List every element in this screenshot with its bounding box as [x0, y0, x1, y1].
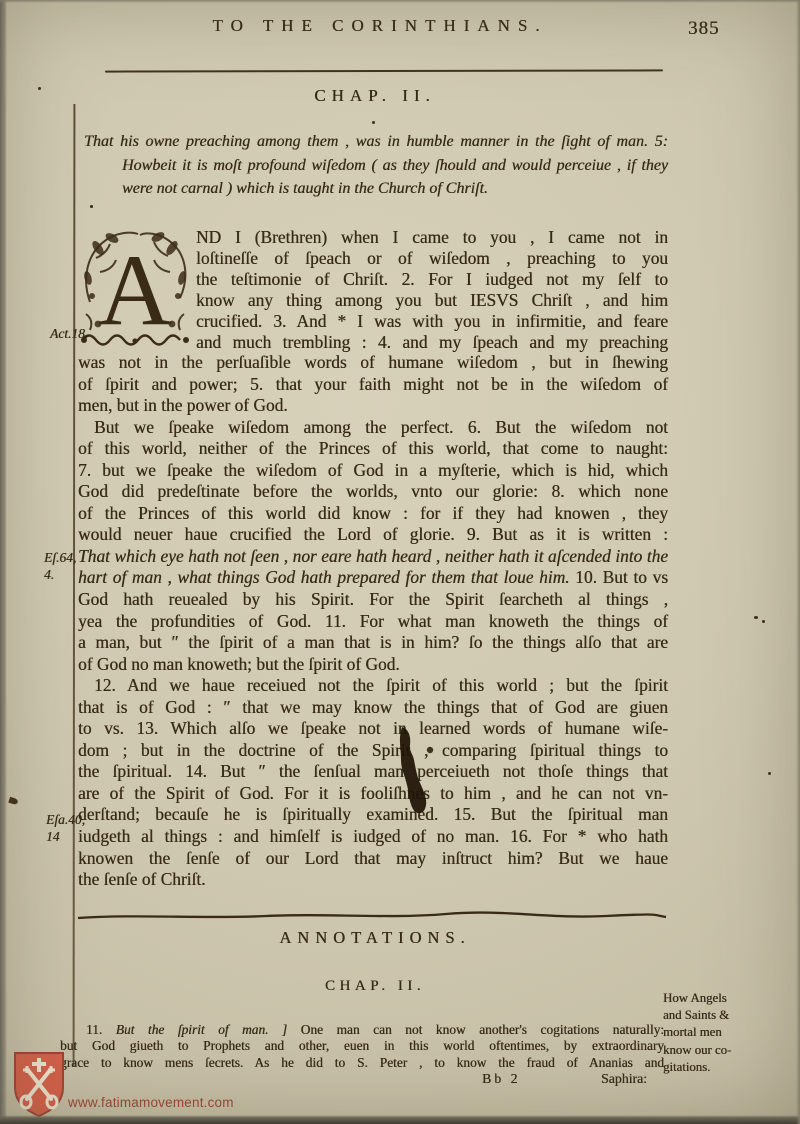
text-line: That his owne preaching among them , was…: [84, 130, 668, 154]
text-line: and much trembling : 4. and my ſpeach an…: [196, 332, 668, 353]
text-line: hart of man , what things God hath prepa…: [78, 567, 668, 589]
body-text-dropcap-block: ND I (Brethren) when I came to you , I c…: [196, 227, 668, 354]
annotations-chapter-heading: CHAP. II.: [80, 978, 670, 995]
scan-edge-bottom: [0, 1115, 800, 1124]
text-line: gitations.: [663, 1059, 763, 1076]
scan-edge-left: [0, 0, 7, 1124]
text-line: knowen the ſenſe of our Lord that may in…: [78, 848, 668, 870]
ink-speck: [372, 121, 375, 124]
scanned-book-page: TO THE CORINTHIANS. 385 CHAP. II. That h…: [0, 0, 800, 1124]
chapter-heading: CHAP. II.: [80, 86, 670, 106]
text-line: of God no man knoweth; but the ſpirit of…: [78, 654, 668, 676]
text-line: the ſenſe of Chriſt.: [78, 869, 668, 891]
text-line: that is of God : ″ that we may know the …: [78, 697, 668, 719]
text-line: God hath reuealed by his Spirit. For the…: [78, 589, 668, 611]
svg-text:A: A: [98, 234, 172, 347]
text-line: 11. But the ſpirit of man. ] One man can…: [60, 1022, 664, 1038]
text-line: But we ſpeake wiſedom among the perfect.…: [78, 417, 668, 439]
scan-edge-top: [0, 0, 800, 3]
text-line: the teſtimonie of Chriſt. 2. For I iudge…: [196, 269, 668, 290]
woodcut-dropcap: A: [76, 228, 194, 350]
chapter-argument: That his owne preaching among them , was…: [84, 130, 668, 201]
text-line: How Angels: [663, 990, 763, 1007]
text-line: mortal men: [663, 1024, 763, 1041]
text-line: iudgeth al things : and himſelf is iudge…: [78, 826, 668, 848]
ink-speck: [754, 616, 758, 619]
text-line: were not carnal ) which is taught in the…: [84, 177, 668, 201]
text-line: know our co-: [663, 1042, 763, 1059]
text-line: was not in the perſuaſible words of huma…: [78, 352, 668, 374]
annotations-text-block: 11. But the ſpirit of man. ] One man can…: [60, 1022, 664, 1071]
text-line: 7. but we ſpeake the wiſedom of God in a…: [78, 460, 668, 482]
catchword: Saphira:: [601, 1071, 647, 1087]
text-line: crucified. 3. And * I was with you in in…: [196, 311, 668, 332]
annotations-title: ANNOTATIONS.: [80, 928, 670, 948]
text-line: of ſpirit and power; 5. that your faith …: [78, 374, 668, 396]
dropcap-ornament-icon: A: [76, 228, 194, 350]
text-line: and Saints &: [663, 1007, 763, 1024]
margin-note-act: Act.18.: [50, 325, 88, 342]
ink-speck: [38, 87, 41, 90]
side-note-right: How Angelsand Saints &mortal menknow our…: [663, 990, 763, 1076]
ink-speck: [90, 205, 93, 208]
signature-mark: Bb 2: [482, 1071, 520, 1087]
running-head: TO THE CORINTHIANS.: [170, 16, 590, 36]
text-line: Howbeit it is moſt profound wiſedom ( as…: [84, 154, 668, 178]
margin-note-esay40: Eſa.40, 14: [46, 811, 85, 845]
text-line: are of the Spirit of God. For it is fool…: [78, 783, 668, 805]
section-rule: [76, 910, 668, 924]
text-line: 12. And we haue receiued not the ſpirit …: [78, 675, 668, 697]
ink-speck: [762, 620, 765, 623]
text-line: a man, but ″ the ſpirit of a man that is…: [78, 632, 668, 654]
scan-edge-right: [796, 0, 800, 1124]
page-number: 385: [688, 18, 720, 40]
text-line: dom ; but in the doctrine of the Spirit …: [78, 740, 668, 762]
text-line: know any thing among you but IESVS Chriſ…: [196, 290, 668, 311]
text-line: loſtineſſe of ſpeach or of wiſedom , pre…: [196, 248, 668, 269]
crossed-keys-shield-icon: [12, 1050, 66, 1120]
text-line: yea the profundities of God. 11. For wha…: [78, 611, 668, 633]
margin-column-rule: [73, 104, 76, 1066]
text-line: That which eye hath not ſeen , nor eare …: [78, 546, 668, 568]
text-line: ND I (Brethren) when I came to you , I c…: [196, 227, 668, 248]
signature-row: Bb 2 Saphira:: [60, 1071, 664, 1088]
body-text-block: was not in the perſuaſible words of huma…: [78, 352, 668, 891]
fatima-movement-logo: [12, 1050, 66, 1124]
text-line: grace to know mens ſecrets. As he did to…: [60, 1055, 664, 1071]
text-line: to vs. 13. Which alſo we ſpeake not in l…: [78, 718, 668, 740]
ink-speck: [8, 797, 18, 805]
watermark-url: www.fatimamovement.com: [68, 1095, 234, 1110]
text-line: men, but in the power of God.: [78, 395, 668, 417]
text-line: but God giueth to Prophets and other, eu…: [60, 1038, 664, 1054]
head-rule: [105, 69, 663, 72]
margin-note-esay64: Eſ.64, 4.: [44, 549, 76, 583]
ink-speck: [768, 772, 771, 775]
text-line: of this world, neither of the Princes of…: [78, 438, 668, 460]
text-line: the ſpiritual. 14. But ″ the ſenſual man…: [78, 761, 668, 783]
text-line: would neuer haue crucified the Lord of g…: [78, 524, 668, 546]
text-line: God did predeſtinate before the worlds, …: [78, 481, 668, 503]
text-line: derſtand; becauſe he is ſpiritually exam…: [78, 804, 668, 826]
text-line: of the Princes of this world did know : …: [78, 503, 668, 525]
